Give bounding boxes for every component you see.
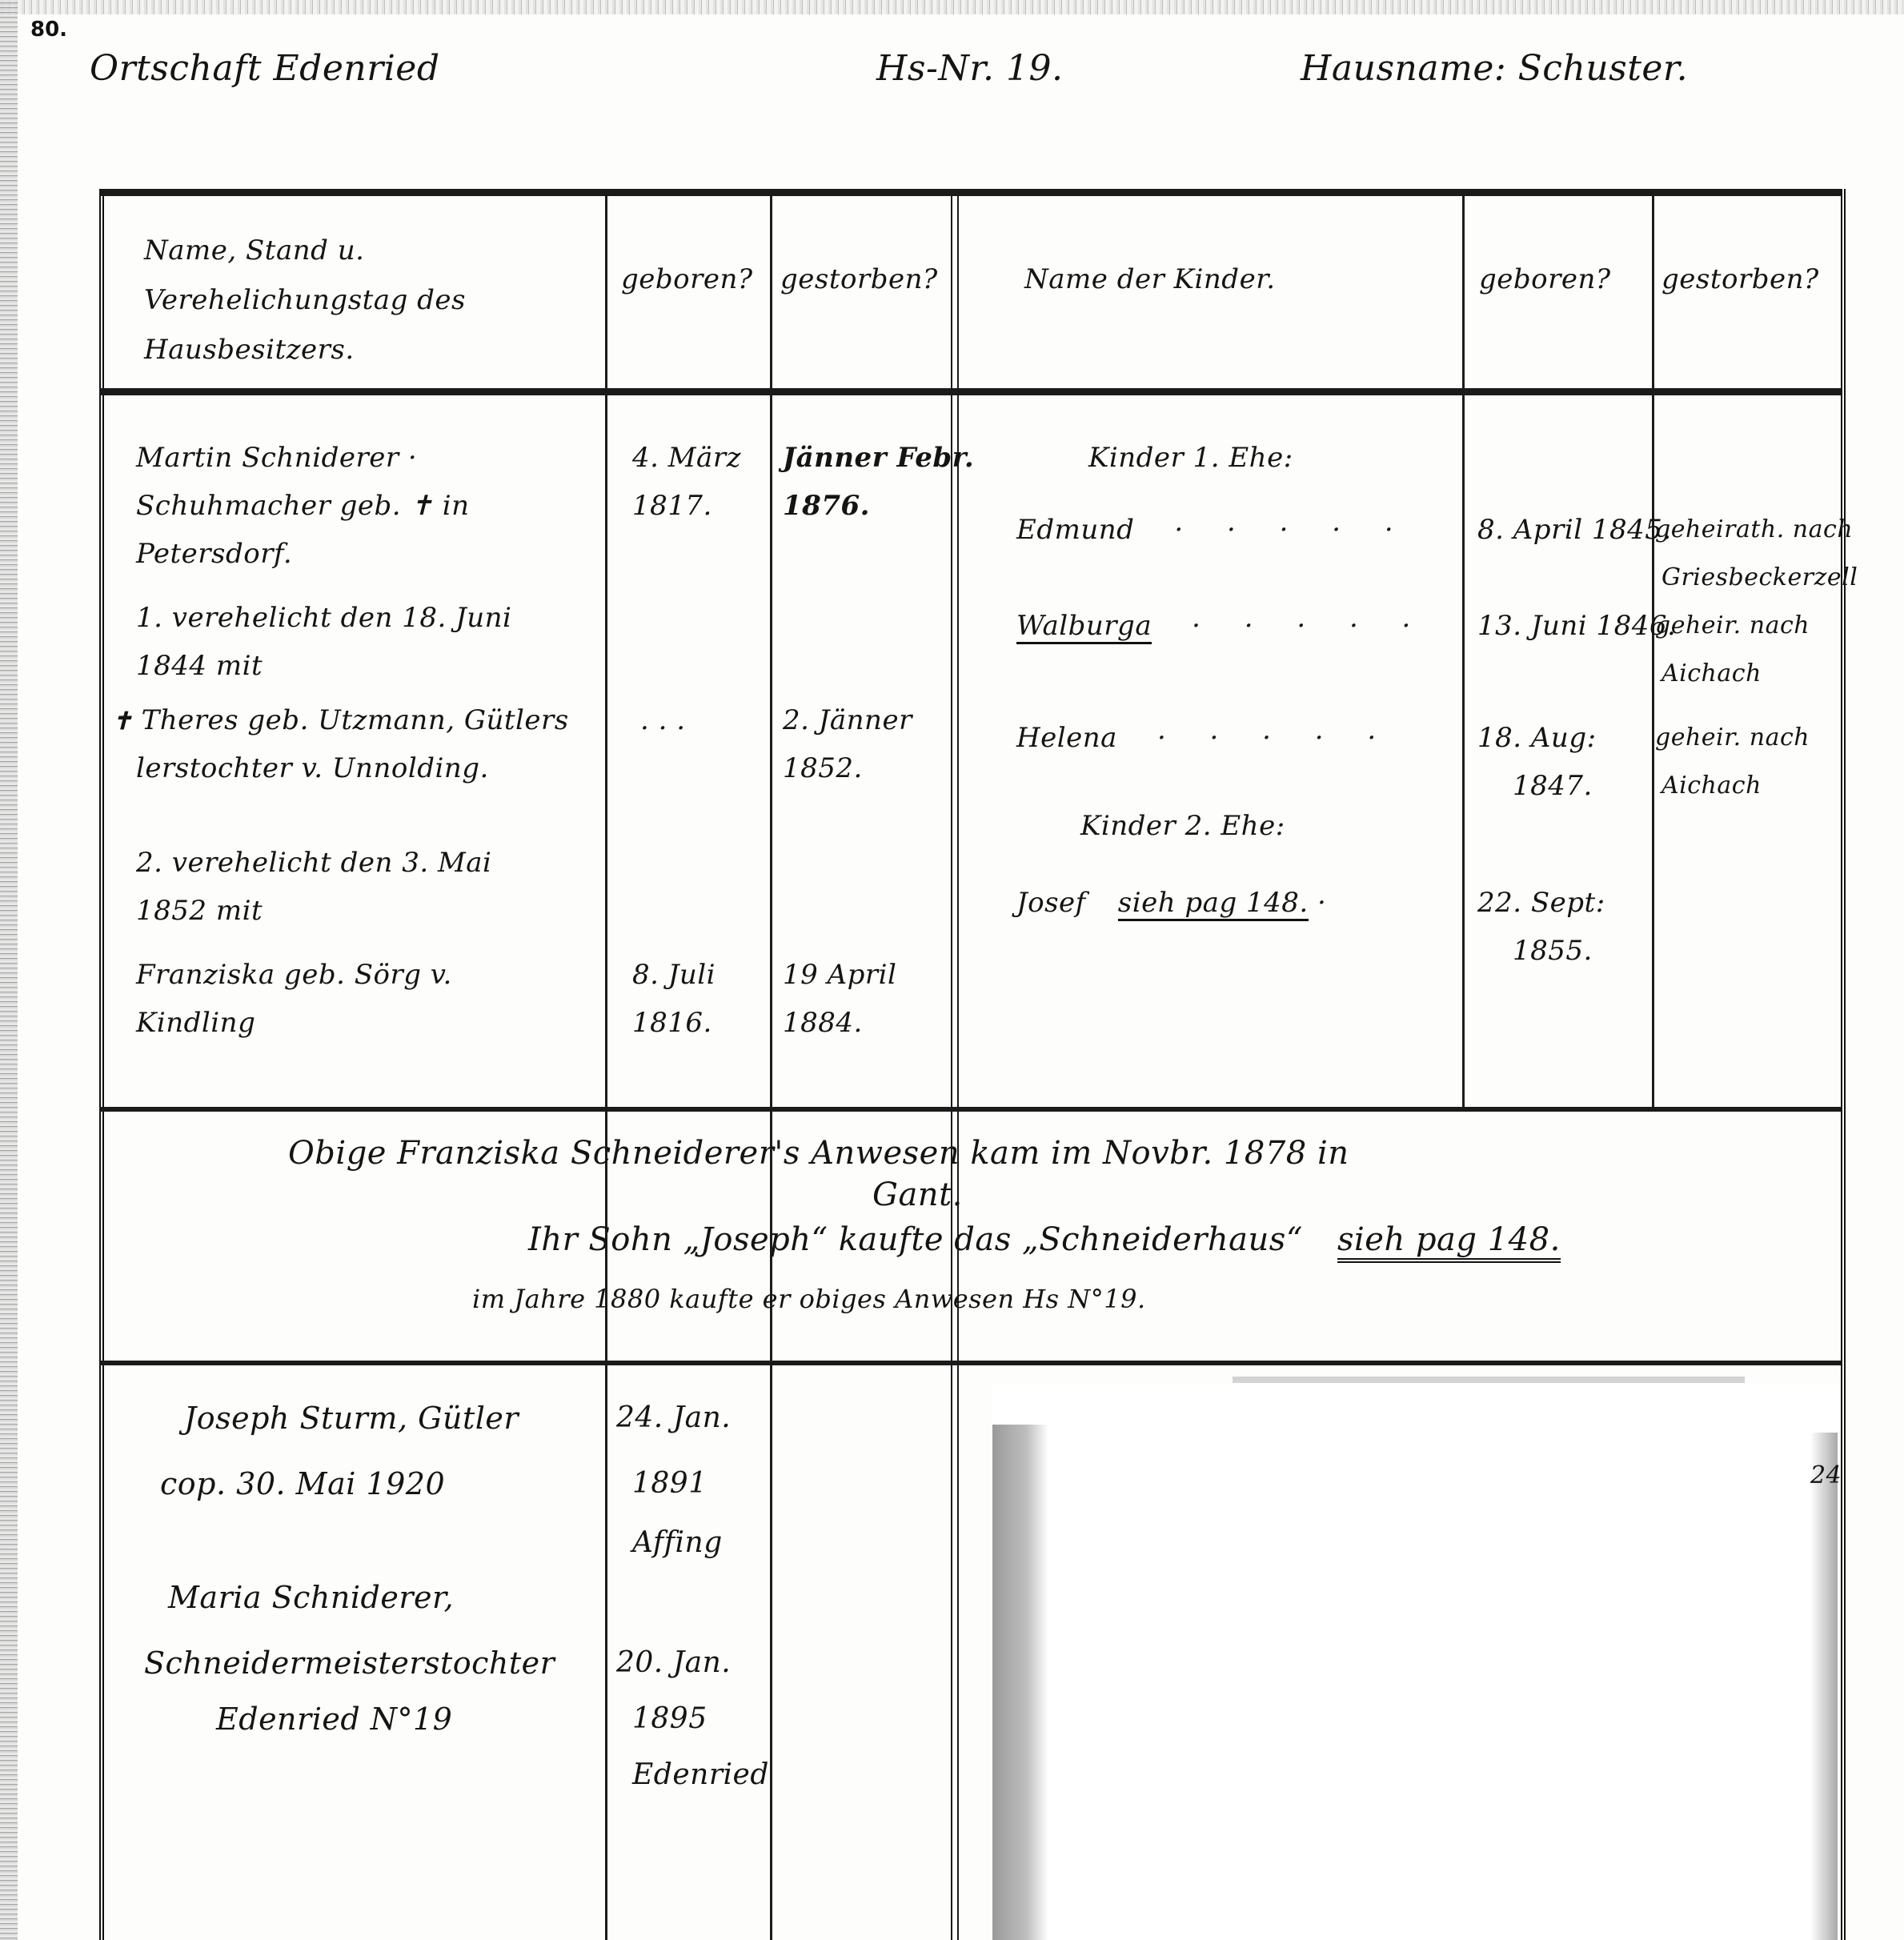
table-rule-top	[99, 189, 1841, 196]
owner-died: 19 April	[783, 949, 896, 1000]
owner-born: 8. Juli	[632, 949, 716, 1000]
child-died-place: Aichach	[1661, 760, 1762, 812]
leader-dots: · · · · ·	[1192, 610, 1428, 642]
owner-born: 4. März	[632, 432, 741, 483]
owner-line: Franziska geb. Sörg v.	[136, 949, 452, 1000]
owner-line: ✝ Theres geb. Utzmann, Gütlers	[112, 695, 569, 748]
child-died-note: geheir. nach	[1655, 712, 1810, 764]
column-header-owner: Name, Stand u. Verehelichungstag des Hau…	[144, 226, 592, 375]
leader-dot: ·	[1309, 887, 1327, 919]
owner-line: lerstochter v. Unnolding.	[136, 743, 489, 794]
child-name: Helena· · · · ·	[1016, 712, 1393, 764]
table-rule-lower	[99, 1361, 1841, 1365]
column-divider	[1462, 192, 1465, 1108]
owner-born: 1817.	[632, 480, 712, 531]
owner-line: 1844 mit	[136, 640, 263, 691]
table-rule-note	[99, 1107, 1841, 1112]
column-divider	[770, 192, 772, 1940]
child-name: Edmund· · · · ·	[1016, 504, 1411, 555]
column-header-child-died: gestorben?	[1661, 255, 1819, 304]
owner-born: . . .	[640, 695, 686, 746]
owner-2-born: Affing	[632, 1517, 723, 1569]
column-header-born: geboren?	[621, 255, 753, 304]
child-born-year: 1855.	[1513, 925, 1593, 976]
owner-2-line: Joseph Sturm, Gütler	[184, 1393, 519, 1444]
owner-2-born: 20. Jan.	[616, 1637, 731, 1689]
child-born-day: 13. Juni 1846.	[1477, 600, 1676, 651]
owner-died: Jänner Febr.	[783, 432, 974, 483]
child-died-note: geheir. nach	[1655, 600, 1810, 651]
note-line-2: Ihr Sohn „Joseph“ kaufte das „Schneiderh…	[528, 1221, 1561, 1258]
child-name-text: Edmund	[1016, 514, 1134, 546]
child-born-day: 18. Aug:	[1477, 712, 1597, 764]
house-number-label: Hs-Nr. 19.	[876, 48, 1063, 89]
child-born-year: 1847.	[1513, 760, 1593, 812]
owner-2-line: Schneidermeisterstochter	[144, 1637, 555, 1689]
note-page-reference: sieh pag 148.	[1337, 1221, 1561, 1263]
column-divider	[605, 192, 607, 1940]
child-name: Josefsieh pag 148. ·	[1016, 877, 1326, 928]
column-header-children: Name der Kinder.	[1024, 255, 1276, 304]
child-name: Walburga· · · · ·	[1016, 600, 1428, 651]
owner-2-born: 24. Jan.	[616, 1393, 731, 1444]
child-born-day: 22. Sept:	[1477, 877, 1605, 928]
owner-2-line: cop. 30. Mai 1920	[160, 1458, 445, 1509]
owner-died: 1884.	[783, 997, 863, 1048]
owner-line: 1852 mit	[136, 885, 263, 936]
owner-line: 2. verehelicht den 3. Mai	[136, 837, 491, 888]
leader-dots: · · · · ·	[1157, 722, 1393, 754]
child-name-text: Helena	[1016, 722, 1117, 754]
owner-line: Kindling	[136, 997, 255, 1048]
child-page-reference: sieh pag 148.	[1118, 887, 1309, 921]
scan-shadow	[992, 1425, 1048, 1940]
margin-fragment: 24	[1810, 1461, 1842, 1489]
owner-2-born: Edenried	[632, 1750, 769, 1801]
note-line-1: Obige Franziska Schneiderer's Anwesen ka…	[288, 1135, 1349, 1172]
column-header-died: gestorben?	[780, 255, 938, 304]
child-died-place: Aichach	[1661, 648, 1762, 699]
child-born-day: 8. April 1845.	[1477, 504, 1672, 555]
owner-2-born: 1895	[632, 1693, 707, 1745]
scan-shadow	[1810, 1433, 1838, 1940]
owner-line: Schuhmacher geb. ✝ in	[136, 480, 470, 531]
owner-died: 1876.	[783, 480, 870, 531]
children-heading: Kinder 1. Ehe:	[1088, 432, 1293, 483]
children-heading: Kinder 2. Ehe:	[1080, 800, 1285, 852]
death-cross-icon: ✝	[112, 707, 142, 736]
ortschaft-label: Ortschaft Edenried	[90, 48, 440, 89]
child-died-place: Griesbeckerzell	[1661, 552, 1858, 603]
page-number: 80.	[30, 18, 67, 42]
owner-2-born: 1891	[632, 1458, 707, 1509]
scan-edge-top	[0, 0, 1904, 14]
note-line-1b: Gant.	[872, 1176, 963, 1213]
table-rule-header	[99, 388, 1841, 395]
house-name-label: Hausname: Schuster.	[1301, 48, 1688, 89]
owner-died: 1852.	[783, 743, 863, 794]
column-header-child-born: geboren?	[1479, 255, 1611, 304]
note-line-3: im Jahre 1880 kaufte er obiges Anwesen H…	[472, 1284, 1146, 1314]
child-name-text: Walburga	[1016, 610, 1152, 644]
owner-line: Martin Schniderer ·	[136, 432, 417, 483]
leader-dots: · · · · ·	[1174, 514, 1410, 546]
child-name-text: Josef	[1016, 887, 1086, 919]
owner-2-line: Maria Schniderer,	[168, 1572, 454, 1623]
owner-line: Petersdorf.	[136, 528, 292, 579]
scan-edge-left	[0, 0, 18, 1940]
owner-line: 1. verehelicht den 18. Juni	[136, 592, 511, 643]
pasted-over-paper	[992, 1383, 1841, 1940]
owner-died: 2. Jänner	[783, 695, 912, 746]
owner-2-line: Edenried N°19	[216, 1693, 452, 1745]
child-died-note: geheirath. nach	[1655, 504, 1853, 555]
owner-born: 1816.	[632, 997, 712, 1048]
note-line-2-text: Ihr Sohn „Joseph“ kaufte das „Schneiderh…	[528, 1221, 1303, 1258]
